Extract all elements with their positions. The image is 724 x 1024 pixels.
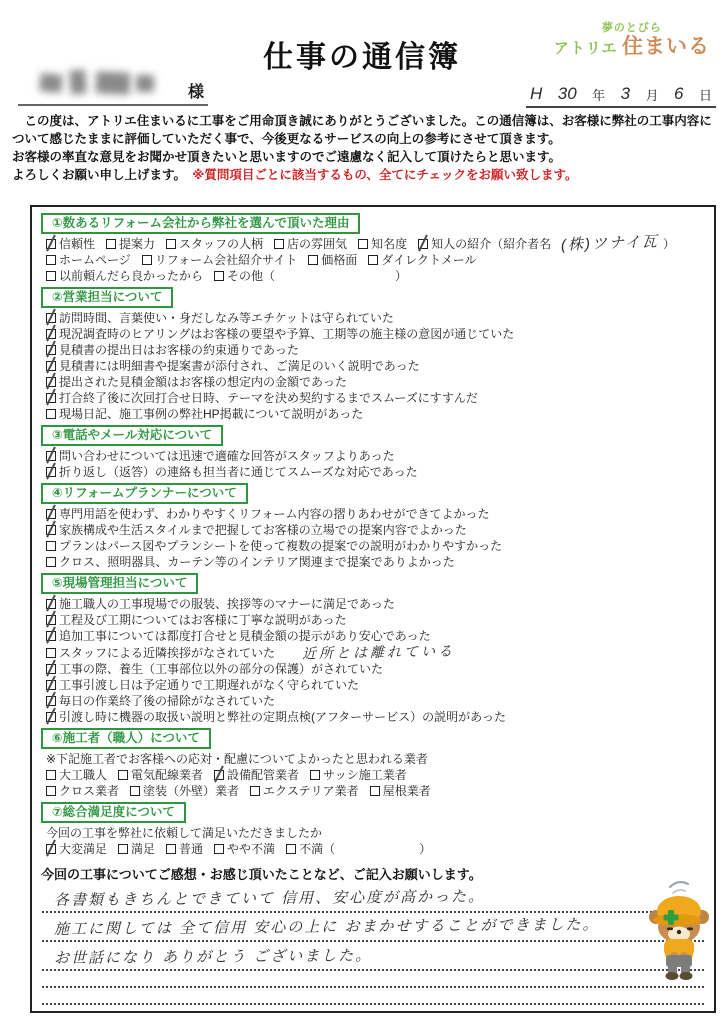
section-title: ④リフォームプランナーについて	[41, 483, 248, 504]
checkbox-label: 専門用語を使わず、わかりやすくリフォーム内容の摺りあわせができてよかった	[59, 507, 489, 521]
checkbox-label: 毎日の作業終了後の掃除がなされていた	[59, 694, 275, 708]
checkbox-label: クロス、照明器具、カーテン等のインテリア関連まで提案でありよかった	[59, 555, 455, 569]
checkbox-item[interactable]: 電気配線業者	[118, 768, 203, 782]
handwritten-comment: お世話になり ありがとう ございました。	[54, 944, 373, 968]
form-row: 現況調査時のヒアリングはお客様の要望や予算、工期等の施主様の意図が通じていた	[41, 326, 705, 342]
checkbox-item[interactable]: 提出された見積金額はお客様の想定内の金額であった	[46, 375, 347, 389]
form-row: 工事の際、養生（工事部位以外の部分の保護）がされていた	[41, 661, 705, 677]
checkbox-unchecked[interactable]	[370, 786, 380, 796]
section-title: ⑤現場管理担当について	[41, 573, 198, 594]
checkbox-item[interactable]: エクステリア業者	[250, 784, 359, 798]
checkbox-item[interactable]: クロス業者	[46, 784, 119, 798]
intro-paragraph-3: よろしくお願い申し上げます。 ※質問項目ごとに該当するもの、全てにチェックをお願…	[12, 166, 718, 184]
section-4: ④リフォームプランナーについて専門用語を使わず、わかりやすくリフォーム内容の摺り…	[41, 480, 705, 570]
form-row: 見積書の提出日はお客様の約束通りであった	[41, 342, 705, 358]
checkbox-label: スタッフの人柄	[179, 237, 263, 251]
checkbox-unchecked[interactable]	[308, 255, 318, 265]
checkbox-label: 引渡し時に機器の取扱い説明と弊社の定期点検(アフターサービス）の説明があった	[59, 710, 506, 724]
form-row: ホームページリフォーム会社紹介サイト価格面ダイレクトメール	[41, 252, 705, 268]
comment-line	[42, 988, 704, 1005]
checkbox-checked[interactable]	[46, 361, 56, 371]
checkbox-label: 以前頼んだら良かったから	[59, 269, 203, 283]
recipient-name-redacted	[69, 69, 87, 94]
checkbox-item[interactable]: 設備配管業者	[214, 768, 299, 782]
form-row: ※下記施工者でお客様への応対・配慮についてよかったと思われる業者	[41, 751, 705, 767]
section-6: ⑥施工者（職人）について※下記施工者でお客様への応対・配慮についてよかったと思わ…	[41, 725, 705, 799]
checkbox-unchecked[interactable]	[118, 770, 128, 780]
handwritten-note: 近所とは離れている	[302, 643, 455, 662]
form-row: 折り返し（返答）の連絡も担当者に通じてスムーズな対応であった	[41, 464, 705, 480]
checkbox-label: 施工職人の工事現場での服装、挨拶等のマナーに満足であった	[59, 597, 395, 611]
checkbox-item[interactable]: その他（ ）	[214, 269, 407, 283]
checkbox-item[interactable]: 工事の際、養生（工事部位以外の部分の保護）がされていた	[46, 662, 383, 676]
checkbox-label: 打合終了後に次回打合せ日時、テーマを決め契約するまでスムーズにすすんだ	[59, 391, 478, 405]
intro-red-note: ※質問項目ごとに該当するもの、全てにチェックをお願い致します。	[192, 168, 577, 182]
checkbox-item[interactable]: 屋根業者	[370, 784, 431, 798]
checkbox-label: プランはパース図やプランシートを使って複数の提案での説明がわかりやすかった	[59, 539, 502, 553]
checkbox-unchecked[interactable]	[46, 648, 56, 658]
date-month-label: 月	[646, 85, 659, 104]
checkbox-item[interactable]: 価格面	[308, 253, 357, 267]
checkbox-item[interactable]: 提案力	[106, 237, 155, 251]
checkbox-item[interactable]: 大変満足	[46, 842, 107, 856]
checkbox-item[interactable]: スタッフの人柄	[166, 237, 263, 251]
checkbox-unchecked[interactable]	[46, 541, 56, 551]
checkbox-label: 不満（	[299, 842, 335, 856]
date-month-value: 3	[621, 84, 630, 104]
recipient-name-redacted	[136, 75, 154, 92]
checkbox-label: 提案力	[119, 237, 155, 251]
form-row: 工事引渡し日は予定通りで工期遅れがなく守られていた	[41, 677, 705, 693]
form-row: 大変満足満足普通やや不満不満（ ）	[41, 841, 705, 857]
checkbox-unchecked[interactable]	[214, 844, 224, 854]
logo-brand: アトリエ 住まいる	[554, 35, 710, 59]
checkbox-label: やや不満	[227, 842, 275, 856]
intro-text: この度は、アトリエ住まいるに工事をご用命頂き誠にありがとうございました。この通信…	[12, 112, 718, 185]
form-footer: ご協力ありがとうございました。	[41, 1005, 705, 1013]
handwritten-comment: 各書類もきちんとできていて 信用、安心度が高かった。	[54, 885, 485, 910]
form-row: 以前頼んだら良かったからその他（ ）	[41, 268, 705, 284]
form-row: 信頼性提案力スタッフの人柄店の雰囲気知名度知人の紹介（紹介者名(株)ツナイ瓦）	[41, 236, 705, 252]
date-day-value: 6	[674, 84, 683, 104]
checkbox-item[interactable]: スタッフによる近隣挨拶がなされていた	[46, 646, 275, 660]
checkbox-label: 折り返し（返答）の連絡も担当者に通じてスムーズな対応であった	[59, 465, 418, 479]
section-7: ⑦総合満足度について今回の工事を弊社に依頼して満足いただきましたか大変満足満足普…	[41, 799, 705, 857]
checkbox-label: 提出された見積金額はお客様の想定内の金額であった	[59, 375, 347, 389]
checkbox-item[interactable]: 見積書の提出日はお客様の約束通りであった	[46, 343, 299, 357]
checkbox-item[interactable]: 満足	[118, 842, 155, 856]
form-row: 訪問時間、言葉使い・身だしなみ等エチケットは守られていた	[41, 310, 705, 326]
form-row: 追加工事については都度打合せと見積金額の提示があり安心であった	[41, 628, 705, 644]
checkbox-label: 現場日記、施工事例の弊社HP掲載について説明があった	[59, 407, 363, 421]
checkbox-label: その他（	[227, 269, 275, 283]
checkbox-label: 訪問時間、言葉使い・身だしなみ等エチケットは守られていた	[59, 311, 394, 325]
checkbox-unchecked[interactable]	[286, 844, 296, 854]
checkbox-label: 現況調査時のヒアリングはお客様の要望や予算、工期等の施主様の意図が通じていた	[59, 327, 514, 341]
checkbox-checked[interactable]	[46, 680, 56, 690]
checkbox-label: 信頼性	[59, 237, 95, 251]
checkbox-checked[interactable]	[46, 844, 56, 854]
checkbox-unchecked[interactable]	[166, 844, 176, 854]
checkbox-label: エクステリア業者	[263, 784, 359, 798]
checkbox-unchecked[interactable]	[358, 239, 368, 249]
checkbox-unchecked[interactable]	[166, 239, 176, 249]
checkbox-unchecked[interactable]	[46, 557, 56, 567]
checkbox-item[interactable]: 大工職人	[46, 768, 107, 782]
checkbox-label: リフォーム会社紹介サイト	[155, 253, 298, 267]
checkbox-label: 大工職人	[59, 768, 107, 782]
checkbox-item[interactable]: クロス、照明器具、カーテン等のインテリア関連まで提案でありよかった	[46, 555, 455, 569]
checkbox-label: 工事引渡し日は予定通りで工期遅れがなく守られていた	[59, 678, 359, 692]
form-row: 施工職人の工事現場での服装、挨拶等のマナーに満足であった	[41, 596, 705, 612]
checkbox-item[interactable]: 塗装（外壁）業者	[130, 784, 239, 798]
checkbox-checked[interactable]	[46, 664, 56, 674]
checkbox-unchecked[interactable]	[250, 786, 260, 796]
checkbox-item[interactable]: 引渡し時に機器の取扱い説明と弊社の定期点検(アフターサービス）の説明があった	[46, 710, 506, 724]
checkbox-item[interactable]: 工程及び工期についてはお客様に丁寧な説明があった	[46, 613, 347, 627]
checkbox-item[interactable]: 以前頼んだら良かったから	[46, 269, 203, 283]
checkbox-unchecked[interactable]	[214, 271, 224, 281]
logo-tagline: 夢のとびら	[554, 22, 710, 35]
form-row: クロス業者塗装（外壁）業者エクステリア業者屋根業者	[41, 783, 705, 799]
checkbox-label: 大変満足	[59, 842, 107, 856]
handwritten-annotation: (株)ツナイ瓦	[561, 234, 659, 253]
intro-closing: よろしくお願い申し上げます。	[12, 168, 192, 182]
checkbox-unchecked[interactable]	[274, 239, 284, 249]
checkbox-item[interactable]: 折り返し（返答）の連絡も担当者に通じてスムーズな対応であった	[46, 465, 418, 479]
row-text: ※下記施工者でお客様への応対・配慮についてよかったと思われる業者	[46, 752, 428, 766]
checkbox-label: 工程及び工期についてはお客様に丁寧な説明があった	[59, 613, 347, 627]
checkbox-checked[interactable]	[46, 393, 56, 403]
date-field: H 30 年 3 月 6 日	[526, 76, 716, 108]
checkbox-label: サッシ施工業者	[323, 768, 407, 782]
checkbox-unchecked[interactable]	[106, 239, 116, 249]
checkbox-label: 工事の際、養生（工事部位以外の部分の保護）がされていた	[59, 662, 383, 676]
checkbox-checked[interactable]	[46, 467, 56, 477]
paren-close: ）	[335, 842, 431, 856]
checkbox-label: 屋根業者	[383, 784, 431, 798]
section-title: ②営業担当について	[41, 287, 173, 308]
checkbox-checked[interactable]	[46, 615, 56, 625]
form-row: 毎日の作業終了後の掃除がなされていた	[41, 693, 705, 709]
checkbox-item[interactable]: やや不満	[214, 842, 275, 856]
checkbox-item[interactable]: 家族構成や生活スタイルまで把握してお客様の立場での提案内容でよかった	[46, 523, 467, 537]
date-era: H	[530, 84, 542, 104]
checkbox-item[interactable]: 問い合わせについては迅速で適確な回答がスタッフよりあった	[46, 449, 395, 463]
checkbox-label: 追加工事については都度打合せと見積金額の提示があり安心であった	[59, 629, 431, 643]
checkbox-checked[interactable]	[418, 239, 428, 249]
checkbox-label: 塗装（外壁）業者	[143, 784, 239, 798]
form-row: 家族構成や生活スタイルまで把握してお客様の立場での提案内容でよかった	[41, 522, 705, 538]
checkbox-label: 電気配線業者	[131, 768, 203, 782]
checkbox-item[interactable]: 施工職人の工事現場での服装、挨拶等のマナーに満足であった	[46, 597, 395, 611]
checkbox-item[interactable]: サッシ施工業者	[310, 768, 407, 782]
comment-line: 各書類もきちんとできていて 信用、安心度が高かった。	[42, 884, 704, 913]
section-title: ⑥施工者（職人）について	[41, 728, 211, 749]
checkbox-checked[interactable]	[46, 509, 56, 519]
checkbox-label: 普通	[179, 842, 203, 856]
form-row: 大工職人電気配線業者設備配管業者サッシ施工業者	[41, 767, 705, 783]
checkbox-unchecked[interactable]	[46, 271, 56, 281]
recipient-honorific: 様	[188, 79, 204, 102]
checkbox-item[interactable]: 毎日の作業終了後の掃除がなされていた	[46, 694, 275, 708]
form-row: 現場日記、施工事例の弊社HP掲載について説明があった	[41, 406, 705, 422]
section-1: ①数あるリフォーム会社から弊社を選んで頂いた理由信頼性提案力スタッフの人柄店の雰…	[41, 210, 705, 284]
checkbox-checked[interactable]	[46, 345, 56, 355]
form-row: 打合終了後に次回打合せ日時、テーマを決め契約するまでスムーズにすすんだ	[41, 390, 705, 406]
mascot-bear-icon	[642, 877, 714, 981]
checkbox-label: 知名度	[371, 237, 407, 251]
form-row: 引渡し時に機器の取扱い説明と弊社の定期点検(アフターサービス）の説明があった	[41, 709, 705, 725]
checkbox-item[interactable]: 追加工事については都度打合せと見積金額の提示があり安心であった	[46, 629, 431, 643]
checkbox-item[interactable]: 専門用語を使わず、わかりやすくリフォーム内容の摺りあわせができてよかった	[46, 507, 489, 521]
checkbox-unchecked[interactable]	[118, 844, 128, 854]
checkbox-checked[interactable]	[46, 239, 56, 249]
checkbox-checked[interactable]	[46, 599, 56, 609]
sections: ①数あるリフォーム会社から弊社を選んで頂いた理由信頼性提案力スタッフの人柄店の雰…	[41, 210, 705, 857]
paren-close: ）	[275, 269, 407, 283]
checkbox-item[interactable]: 打合終了後に次回打合せ日時、テーマを決め契約するまでスムーズにすすんだ	[46, 391, 478, 405]
logo-brand-right: 住まいる	[622, 35, 710, 58]
date-year-label: 年	[592, 85, 605, 104]
checkbox-label: 見積書には明細書や提案書が添付され、ご満足のいく説明であった	[59, 359, 420, 373]
section-title: ③電話やメール対応について	[41, 425, 223, 446]
checkbox-unchecked[interactable]	[130, 786, 140, 796]
checkbox-label: 知人の紹介（紹介者名	[431, 237, 551, 251]
checkbox-checked[interactable]	[46, 525, 56, 535]
checkbox-unchecked[interactable]	[46, 255, 56, 265]
checkbox-label: 店の雰囲気	[287, 237, 347, 251]
survey-form-box: ①数あるリフォーム会社から弊社を選んで頂いた理由信頼性提案力スタッフの人柄店の雰…	[30, 205, 716, 1013]
comment-lines: 各書類もきちんとできていて 信用、安心度が高かった。施工に関しては 全て信用 安…	[41, 884, 705, 1005]
recipient-name-redacted	[39, 73, 63, 93]
row-text: 今回の工事を弊社に依頼して満足いただきましたか	[46, 826, 322, 840]
checkbox-checked[interactable]	[46, 451, 56, 461]
checkbox-item[interactable]: 不満（ ）	[286, 842, 431, 856]
section-title: ①数あるリフォーム会社から弊社を選んで頂いた理由	[41, 213, 360, 234]
intro-paragraph-1: この度は、アトリエ住まいるに工事をご用命頂き誠にありがとうございました。この通信…	[12, 112, 718, 148]
checkbox-item[interactable]: 知人の紹介（紹介者名(株)ツナイ瓦）	[418, 237, 675, 251]
checkbox-item[interactable]: 工事引渡し日は予定通りで工期遅れがなく守られていた	[46, 678, 359, 692]
form-row: 今回の工事を弊社に依頼して満足いただきましたか	[41, 825, 705, 841]
checkbox-item[interactable]: ホームページ	[46, 253, 131, 267]
recipient-name-line: 様	[18, 66, 208, 106]
company-logo: 夢のとびら アトリエ 住まいる	[554, 22, 710, 59]
checkbox-checked[interactable]	[46, 313, 56, 323]
form-row: 工程及び工期についてはお客様に丁寧な説明があった	[41, 612, 705, 628]
checkbox-label: 見積書の提出日はお客様の約束通りであった	[59, 343, 299, 357]
comment-line: お世話になり ありがとう ございました。	[42, 942, 704, 971]
section-title: ⑦総合満足度について	[41, 802, 186, 823]
comment-line	[42, 971, 704, 988]
checkbox-label: クロス業者	[59, 784, 119, 798]
comments-title: 今回の工事についてご感想・お感じ頂いたことなど、ご記入お願いします。	[41, 864, 705, 883]
form-row: 提出された見積金額はお客様の想定内の金額であった	[41, 374, 705, 390]
checkbox-label: スタッフによる近隣挨拶がなされていた	[59, 646, 275, 660]
checkbox-item[interactable]: 店の雰囲気	[274, 237, 347, 251]
checkbox-unchecked[interactable]	[46, 786, 56, 796]
checkbox-item[interactable]: ダイレクトメール	[368, 253, 476, 267]
handwritten-comment: 施工に関しては 全て信用 安心の上に おまかせすることができました。	[54, 913, 600, 939]
paren-close: ）	[663, 237, 675, 251]
comment-line: 施工に関しては 全て信用 安心の上に おまかせすることができました。	[42, 913, 704, 942]
intro-paragraph-2: お客様の率直な意見をお聞かせ頂きたいと思いますのでご遠慮なく記入して頂けたらと思…	[12, 148, 718, 166]
checkbox-label: 価格面	[321, 253, 357, 267]
checkbox-unchecked[interactable]	[142, 255, 152, 265]
form-row: プランはパース図やプランシートを使って複数の提案での説明がわかりやすかった	[41, 538, 705, 554]
checkbox-item[interactable]: リフォーム会社紹介サイト	[142, 253, 298, 267]
form-row: 見積書には明細書や提案書が添付され、ご満足のいく説明であった	[41, 358, 705, 374]
checkbox-checked[interactable]	[46, 712, 56, 722]
checkbox-checked[interactable]	[46, 696, 56, 706]
checkbox-checked[interactable]	[214, 770, 224, 780]
section-5: ⑤現場管理担当について施工職人の工事現場での服装、挨拶等のマナーに満足であった工…	[41, 570, 705, 725]
form-row: クロス、照明器具、カーテン等のインテリア関連まで提案でありよかった	[41, 554, 705, 570]
checkbox-item[interactable]: 現況調査時のヒアリングはお客様の要望や予算、工期等の施主様の意図が通じていた	[46, 327, 514, 341]
logo-brand-left: アトリエ	[554, 40, 618, 57]
checkbox-checked[interactable]	[46, 329, 56, 339]
checkbox-item[interactable]: 知名度	[358, 237, 407, 251]
section-3: ③電話やメール対応について問い合わせについては迅速で適確な回答がスタッフよりあっ…	[41, 422, 705, 480]
checkbox-item[interactable]: 信頼性	[46, 237, 95, 251]
checkbox-item[interactable]: 普通	[166, 842, 203, 856]
checkbox-item[interactable]: 訪問時間、言葉使い・身だしなみ等エチケットは守られていた	[46, 311, 394, 325]
form-row: スタッフによる近隣挨拶がなされていた近所とは離れている	[41, 644, 705, 661]
checkbox-label: ホームページ	[59, 253, 131, 267]
date-day-label: 日	[699, 85, 712, 104]
checkbox-item[interactable]: 見積書には明細書や提案書が添付され、ご満足のいく説明であった	[46, 359, 420, 373]
checkbox-item[interactable]: 現場日記、施工事例の弊社HP掲載について説明があった	[46, 407, 363, 421]
checkbox-label: ダイレクトメール	[381, 253, 476, 267]
section-2: ②営業担当について訪問時間、言葉使い・身だしなみ等エチケットは守られていた現況調…	[41, 284, 705, 422]
recipient-name-redacted	[95, 71, 130, 95]
checkbox-unchecked[interactable]	[46, 770, 56, 780]
checkbox-unchecked[interactable]	[46, 409, 56, 419]
checkbox-unchecked[interactable]	[368, 255, 378, 265]
checkbox-label: 満足	[131, 842, 155, 856]
form-row: 専門用語を使わず、わかりやすくリフォーム内容の摺りあわせができてよかった	[41, 506, 705, 522]
checkbox-label: 家族構成や生活スタイルまで把握してお客様の立場での提案内容でよかった	[59, 523, 467, 537]
checkbox-item[interactable]: プランはパース図やプランシートを使って複数の提案での説明がわかりやすかった	[46, 539, 502, 553]
checkbox-checked[interactable]	[46, 377, 56, 387]
form-row: 問い合わせについては迅速で適確な回答がスタッフよりあった	[41, 448, 705, 464]
date-year-value: 30	[558, 84, 577, 104]
checkbox-label: 問い合わせについては迅速で適確な回答がスタッフよりあった	[59, 449, 395, 463]
checkbox-label: 設備配管業者	[227, 768, 299, 782]
checkbox-unchecked[interactable]	[310, 770, 320, 780]
checkbox-checked[interactable]	[46, 631, 56, 641]
